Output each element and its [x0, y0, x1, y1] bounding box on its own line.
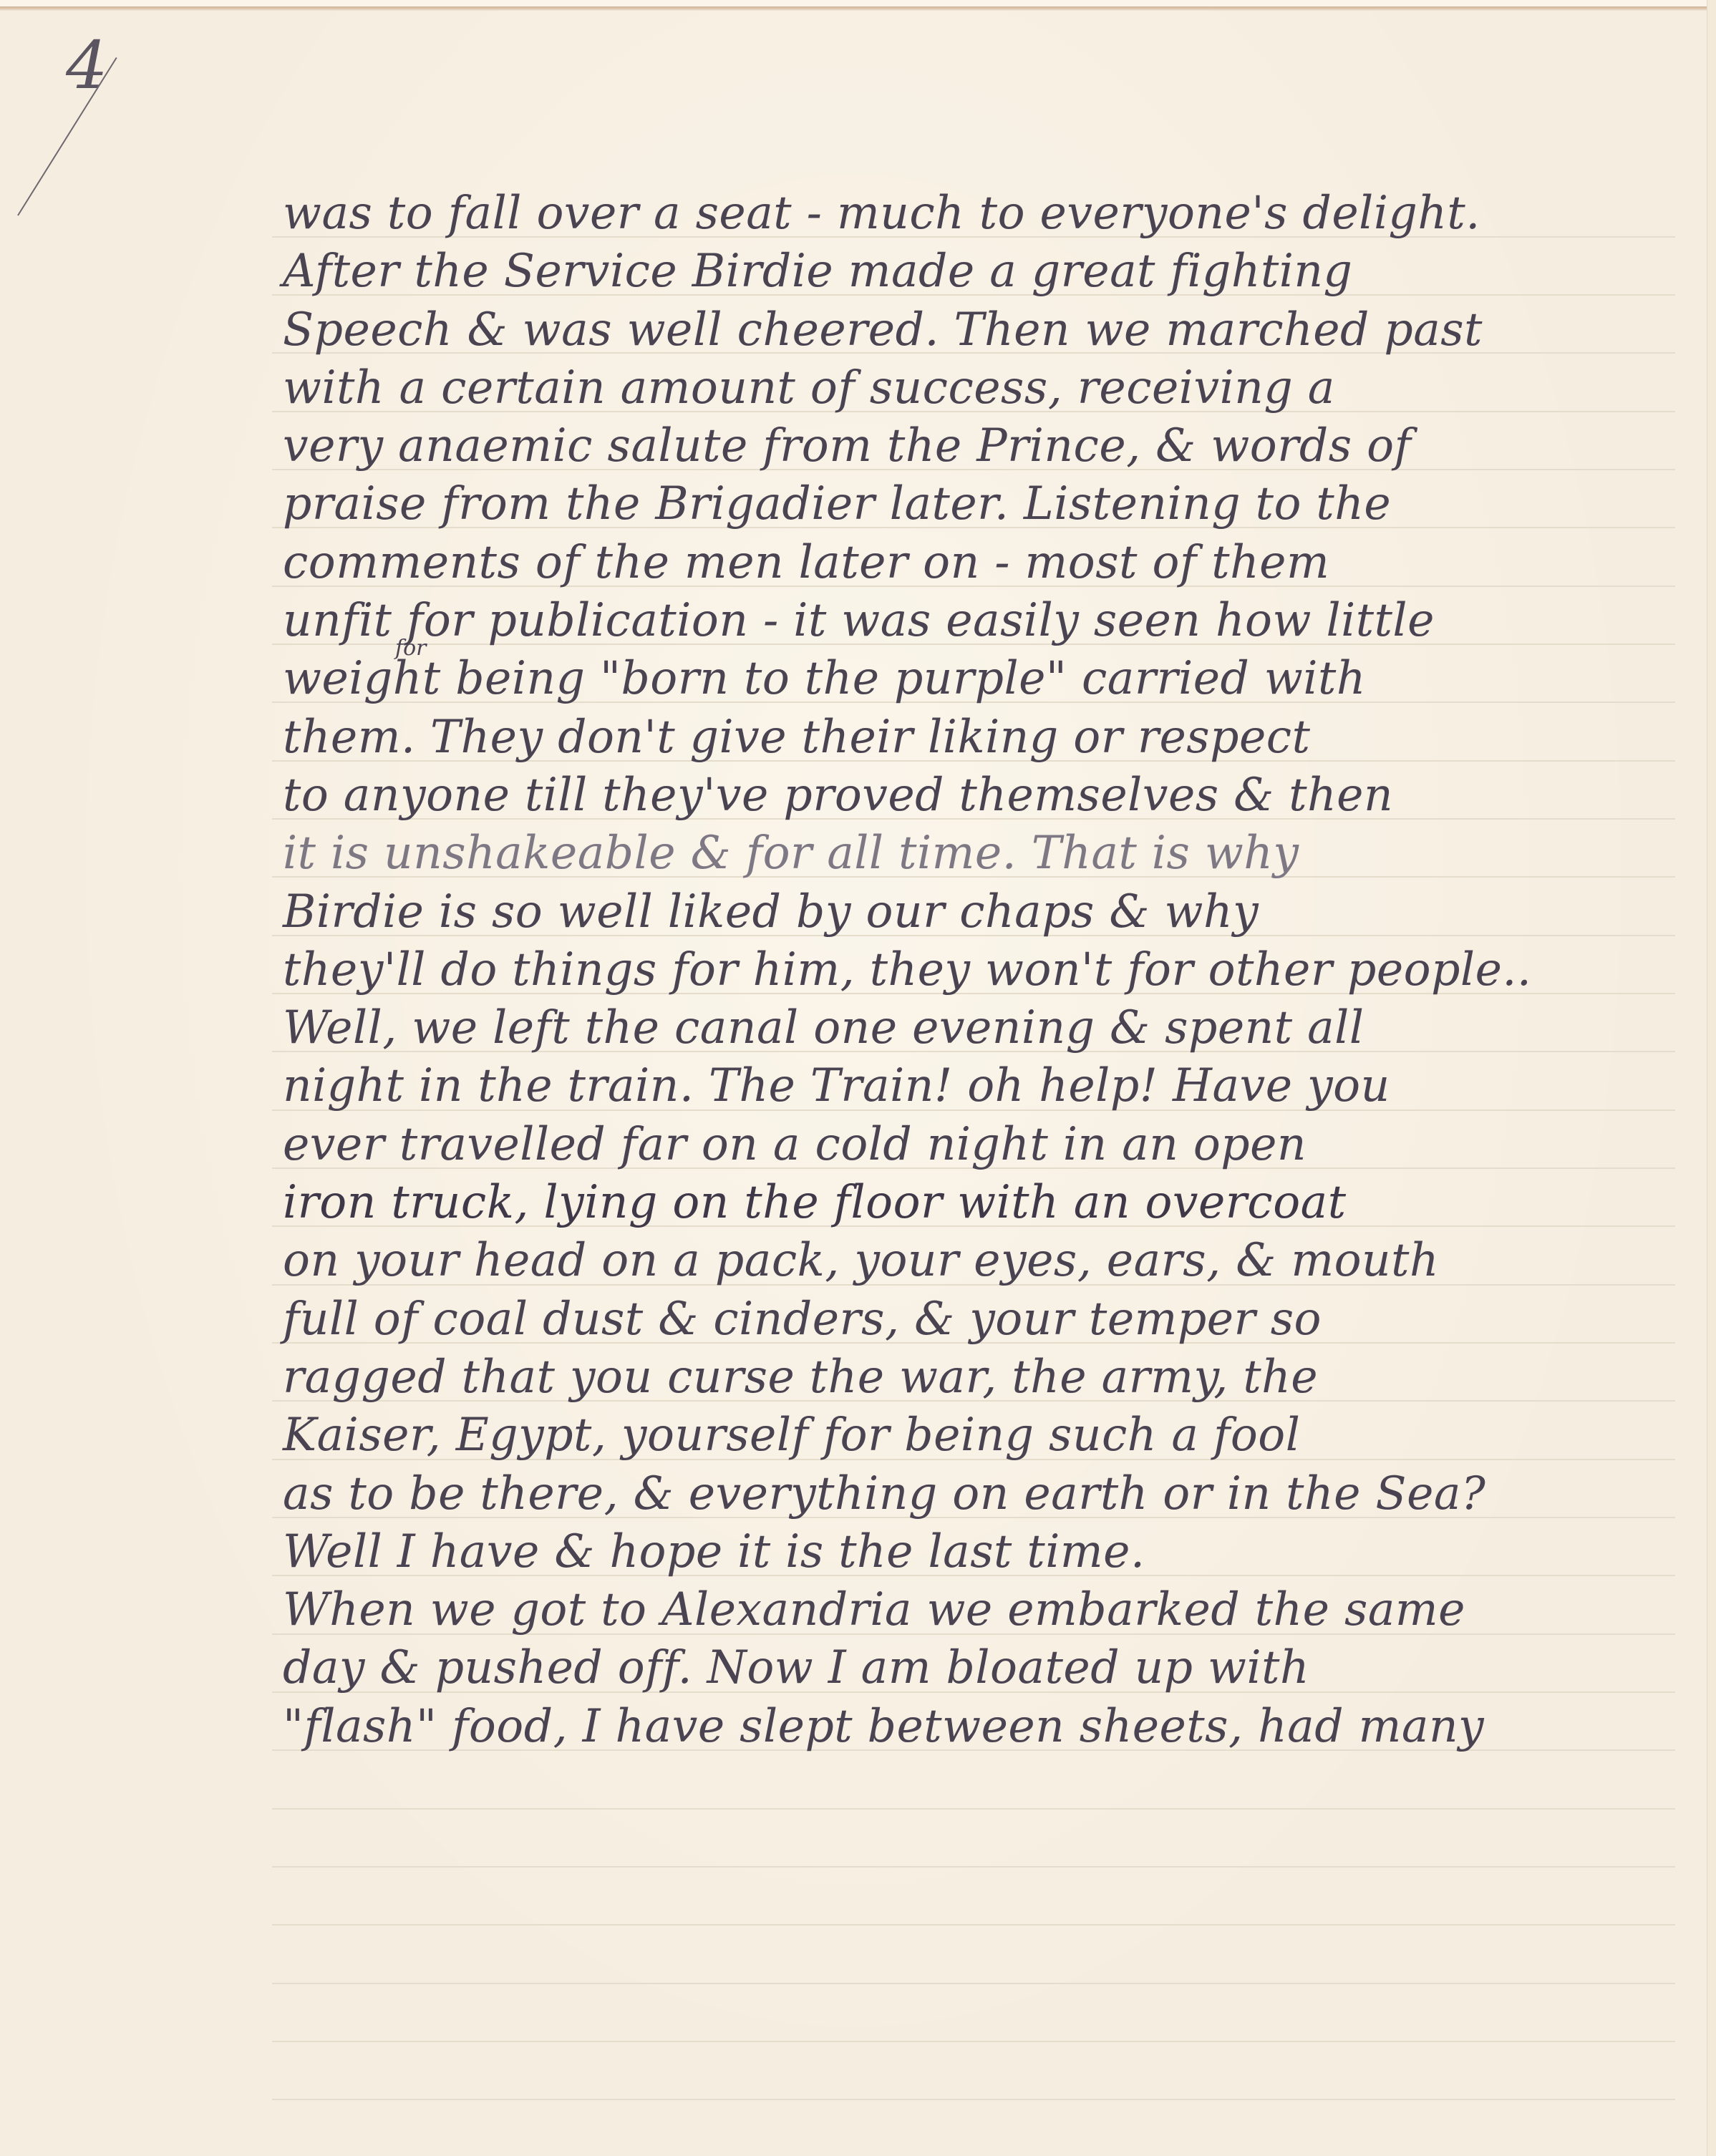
letter-line: as to be there, & everything on earth or… — [283, 1465, 1686, 1523]
letter-line: Kaiser, Egypt, yourself for being such a… — [283, 1407, 1686, 1465]
ruled-line — [272, 1866, 1675, 1868]
letter-line: with a certain amount of success, receiv… — [283, 359, 1686, 417]
letter-line: Speech & was well cheered. Then we march… — [283, 301, 1686, 359]
letter-line: night in the train. The Train! oh help! … — [283, 1057, 1686, 1115]
letter-line: weight being "born to the purple" carrie… — [283, 650, 1686, 708]
ruled-line — [272, 1808, 1675, 1810]
letter-line: Well I have & hope it is the last time. — [283, 1523, 1686, 1581]
paper-right-edge — [1707, 0, 1716, 2156]
letter-line: iron truck, lying on the floor with an o… — [283, 1174, 1686, 1232]
letter-line: on your head on a pack, your eyes, ears,… — [283, 1232, 1686, 1290]
letter-line: very anaemic salute from the Prince, & w… — [283, 417, 1686, 475]
letter-line: When we got to Alexandria we embarked th… — [283, 1581, 1686, 1639]
letter-line: full of coal dust & cinders, & your temp… — [283, 1291, 1686, 1349]
page-number: 4 — [66, 27, 108, 104]
ruled-line — [272, 1983, 1675, 1984]
letter-line: After the Service Birdie made a great fi… — [283, 243, 1686, 301]
letter-line: day & pushed off. Now I am bloated up wi… — [283, 1639, 1686, 1697]
letter-line: they'll do things for him, they won't fo… — [283, 941, 1686, 999]
scan-top-margin — [0, 0, 1716, 6]
letter-line: praise from the Brigadier later. Listeni… — [283, 475, 1686, 533]
letter-line: Birdie is so well liked by our chaps & w… — [283, 883, 1686, 941]
letter-line: ever travelled far on a cold night in an… — [283, 1116, 1686, 1174]
letter-line: was to fall over a seat - much to everyo… — [283, 185, 1686, 243]
paper-top-edge — [0, 6, 1710, 11]
letter-line: unfit for publication - it was easily se… — [283, 592, 1686, 650]
letter-line: to anyone till they've proved themselves… — [283, 767, 1686, 825]
ruled-line — [272, 1924, 1675, 1926]
letter-line: Well, we left the canal one evening & sp… — [283, 999, 1686, 1057]
letter-line: ragged that you curse the war, the army,… — [283, 1349, 1686, 1407]
ruled-line — [272, 2041, 1675, 2042]
letter-line: "flash" food, I have slept between sheet… — [283, 1698, 1686, 1756]
letter-body: was to fall over a seat - much to everyo… — [283, 185, 1707, 1756]
ruled-line — [272, 2099, 1675, 2100]
letter-line: them. They don't give their liking or re… — [283, 709, 1686, 767]
letter-line: it is unshakeable & for all time. That i… — [283, 825, 1686, 883]
letter-line: comments of the men later on - most of t… — [283, 534, 1686, 592]
